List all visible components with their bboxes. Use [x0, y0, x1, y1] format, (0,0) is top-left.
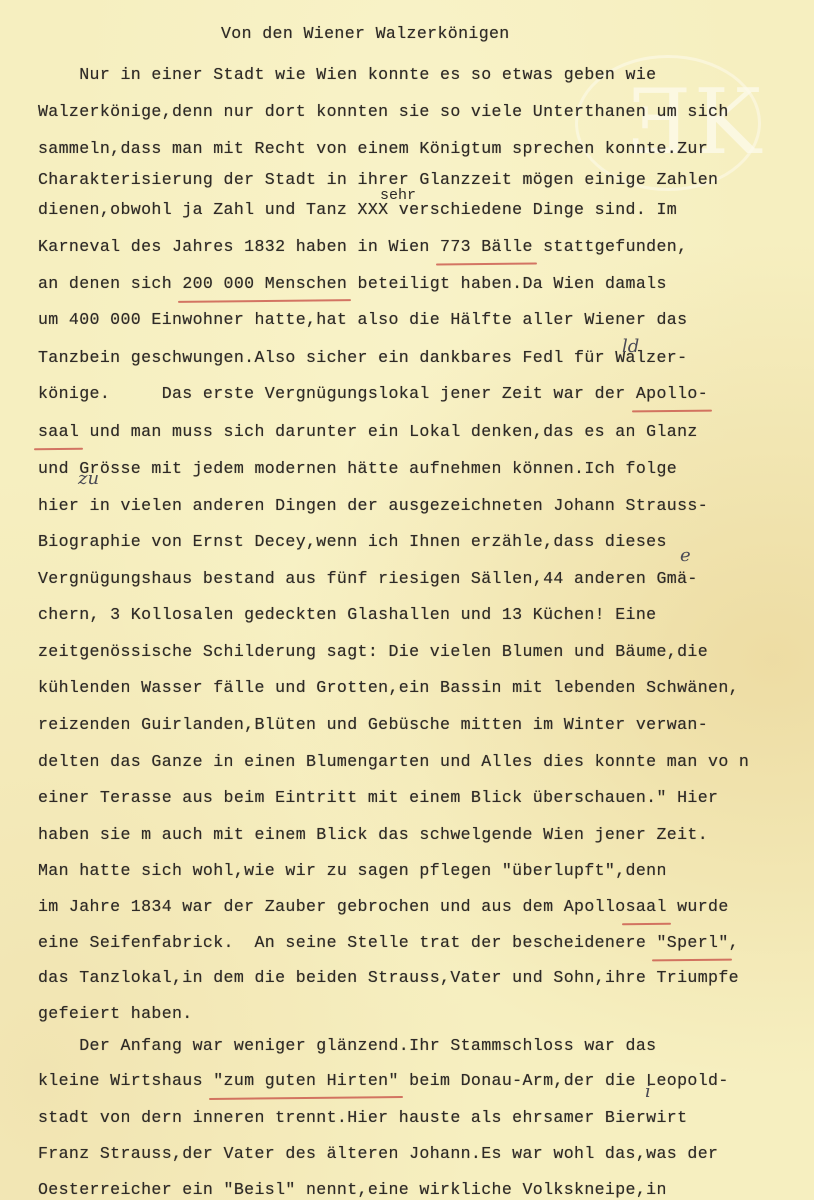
- text-line: Tanzbein geschwungen.Also sicher ein dan…: [38, 348, 687, 368]
- text-line: an denen sich 200 000 Menschen beteiligt…: [38, 274, 667, 294]
- text-line: delten das Ganze in einen Blumengarten u…: [38, 752, 749, 772]
- text-line: haben sie m auch mit einem Blick das sch…: [38, 825, 708, 845]
- text-line: stadt von dern inneren trennt.Hier haust…: [38, 1108, 687, 1128]
- handwritten-correction: e: [680, 547, 691, 565]
- text-line: chern, 3 Kollosalen gedeckten Glashallen…: [38, 605, 656, 625]
- text-line: Vergnügungshaus bestand aus fünf riesige…: [38, 569, 698, 589]
- red-underline: saal: [626, 897, 667, 916]
- red-underline: "Sperl": [656, 933, 728, 952]
- handwritten-correction: i: [645, 1083, 651, 1101]
- text-line: kühlenden Wasser fälle und Grotten,ein B…: [38, 678, 739, 698]
- text-line: hier in vielen anderen Dingen der ausgez…: [38, 496, 708, 516]
- text-line: im Jahre 1834 war der Zauber gebrochen u…: [38, 897, 729, 917]
- text-line: Biographie von Ernst Decey,wenn ich Ihne…: [38, 532, 667, 552]
- text-line: reizenden Guirlanden,Blüten und Gebüsche…: [38, 715, 708, 735]
- text-line: kleine Wirtshaus "zum guten Hirten" beim…: [38, 1071, 729, 1091]
- interlinear-insert: sehr: [380, 188, 416, 204]
- text-line: Der Anfang war weniger glänzend.Ihr Stam…: [38, 1036, 656, 1056]
- red-underline: saal: [38, 422, 79, 441]
- red-underline: "zum guten Hirten": [213, 1071, 399, 1090]
- text-line: Walzerkönige,denn nur dort konnten sie s…: [38, 102, 729, 122]
- red-underline: 200 000 Menschen: [182, 274, 347, 293]
- text-line: Nur in einer Stadt wie Wien konnte es so…: [38, 65, 656, 85]
- handwritten-correction: zu: [78, 470, 99, 488]
- red-underline: Apollo-: [636, 384, 708, 403]
- text-line: und Grösse mit jedem modernen hätte aufn…: [38, 459, 677, 479]
- text-line: dienen,obwohl ja Zahl und Tanz XXX versc…: [38, 200, 677, 220]
- text-line: eine Seifenfabrick. An seine Stelle trat…: [38, 933, 739, 953]
- text-line: saal und man muss sich darunter ein Loka…: [38, 422, 698, 442]
- red-underline: 773 Bälle: [440, 237, 533, 256]
- document-title: Von den Wiener Walzerkönigen: [221, 24, 510, 44]
- text-line: um 400 000 Einwohner hatte,hat also die …: [38, 310, 687, 330]
- text-line: Man hatte sich wohl,wie wir zu sagen pfl…: [38, 861, 667, 881]
- text-line: Oesterreicher ein "Beisl" nennt,eine wir…: [38, 1180, 667, 1200]
- text-line: könige. Das erste Vergnügungslokal jener…: [38, 384, 708, 404]
- typewritten-page: ƎK Von den Wiener Walzerkönigen Nur in e…: [0, 0, 814, 1200]
- text-line: sammeln,dass man mit Recht von einem Kön…: [38, 139, 708, 159]
- text-line: Karneval des Jahres 1832 haben in Wien 7…: [38, 237, 687, 257]
- text-line: zeitgenössische Schilderung sagt: Die vi…: [38, 642, 708, 662]
- text-line: Charakterisierung der Stadt in ihrer Gla…: [38, 170, 718, 190]
- handwritten-correction: ld: [622, 338, 639, 356]
- text-line: einer Terasse aus beim Eintritt mit eine…: [38, 788, 718, 808]
- text-line: das Tanzlokal,in dem die beiden Strauss,…: [38, 968, 739, 988]
- text-line: gefeiert haben.: [38, 1004, 193, 1024]
- text-line: Franz Strauss,der Vater des älteren Joha…: [38, 1144, 718, 1164]
